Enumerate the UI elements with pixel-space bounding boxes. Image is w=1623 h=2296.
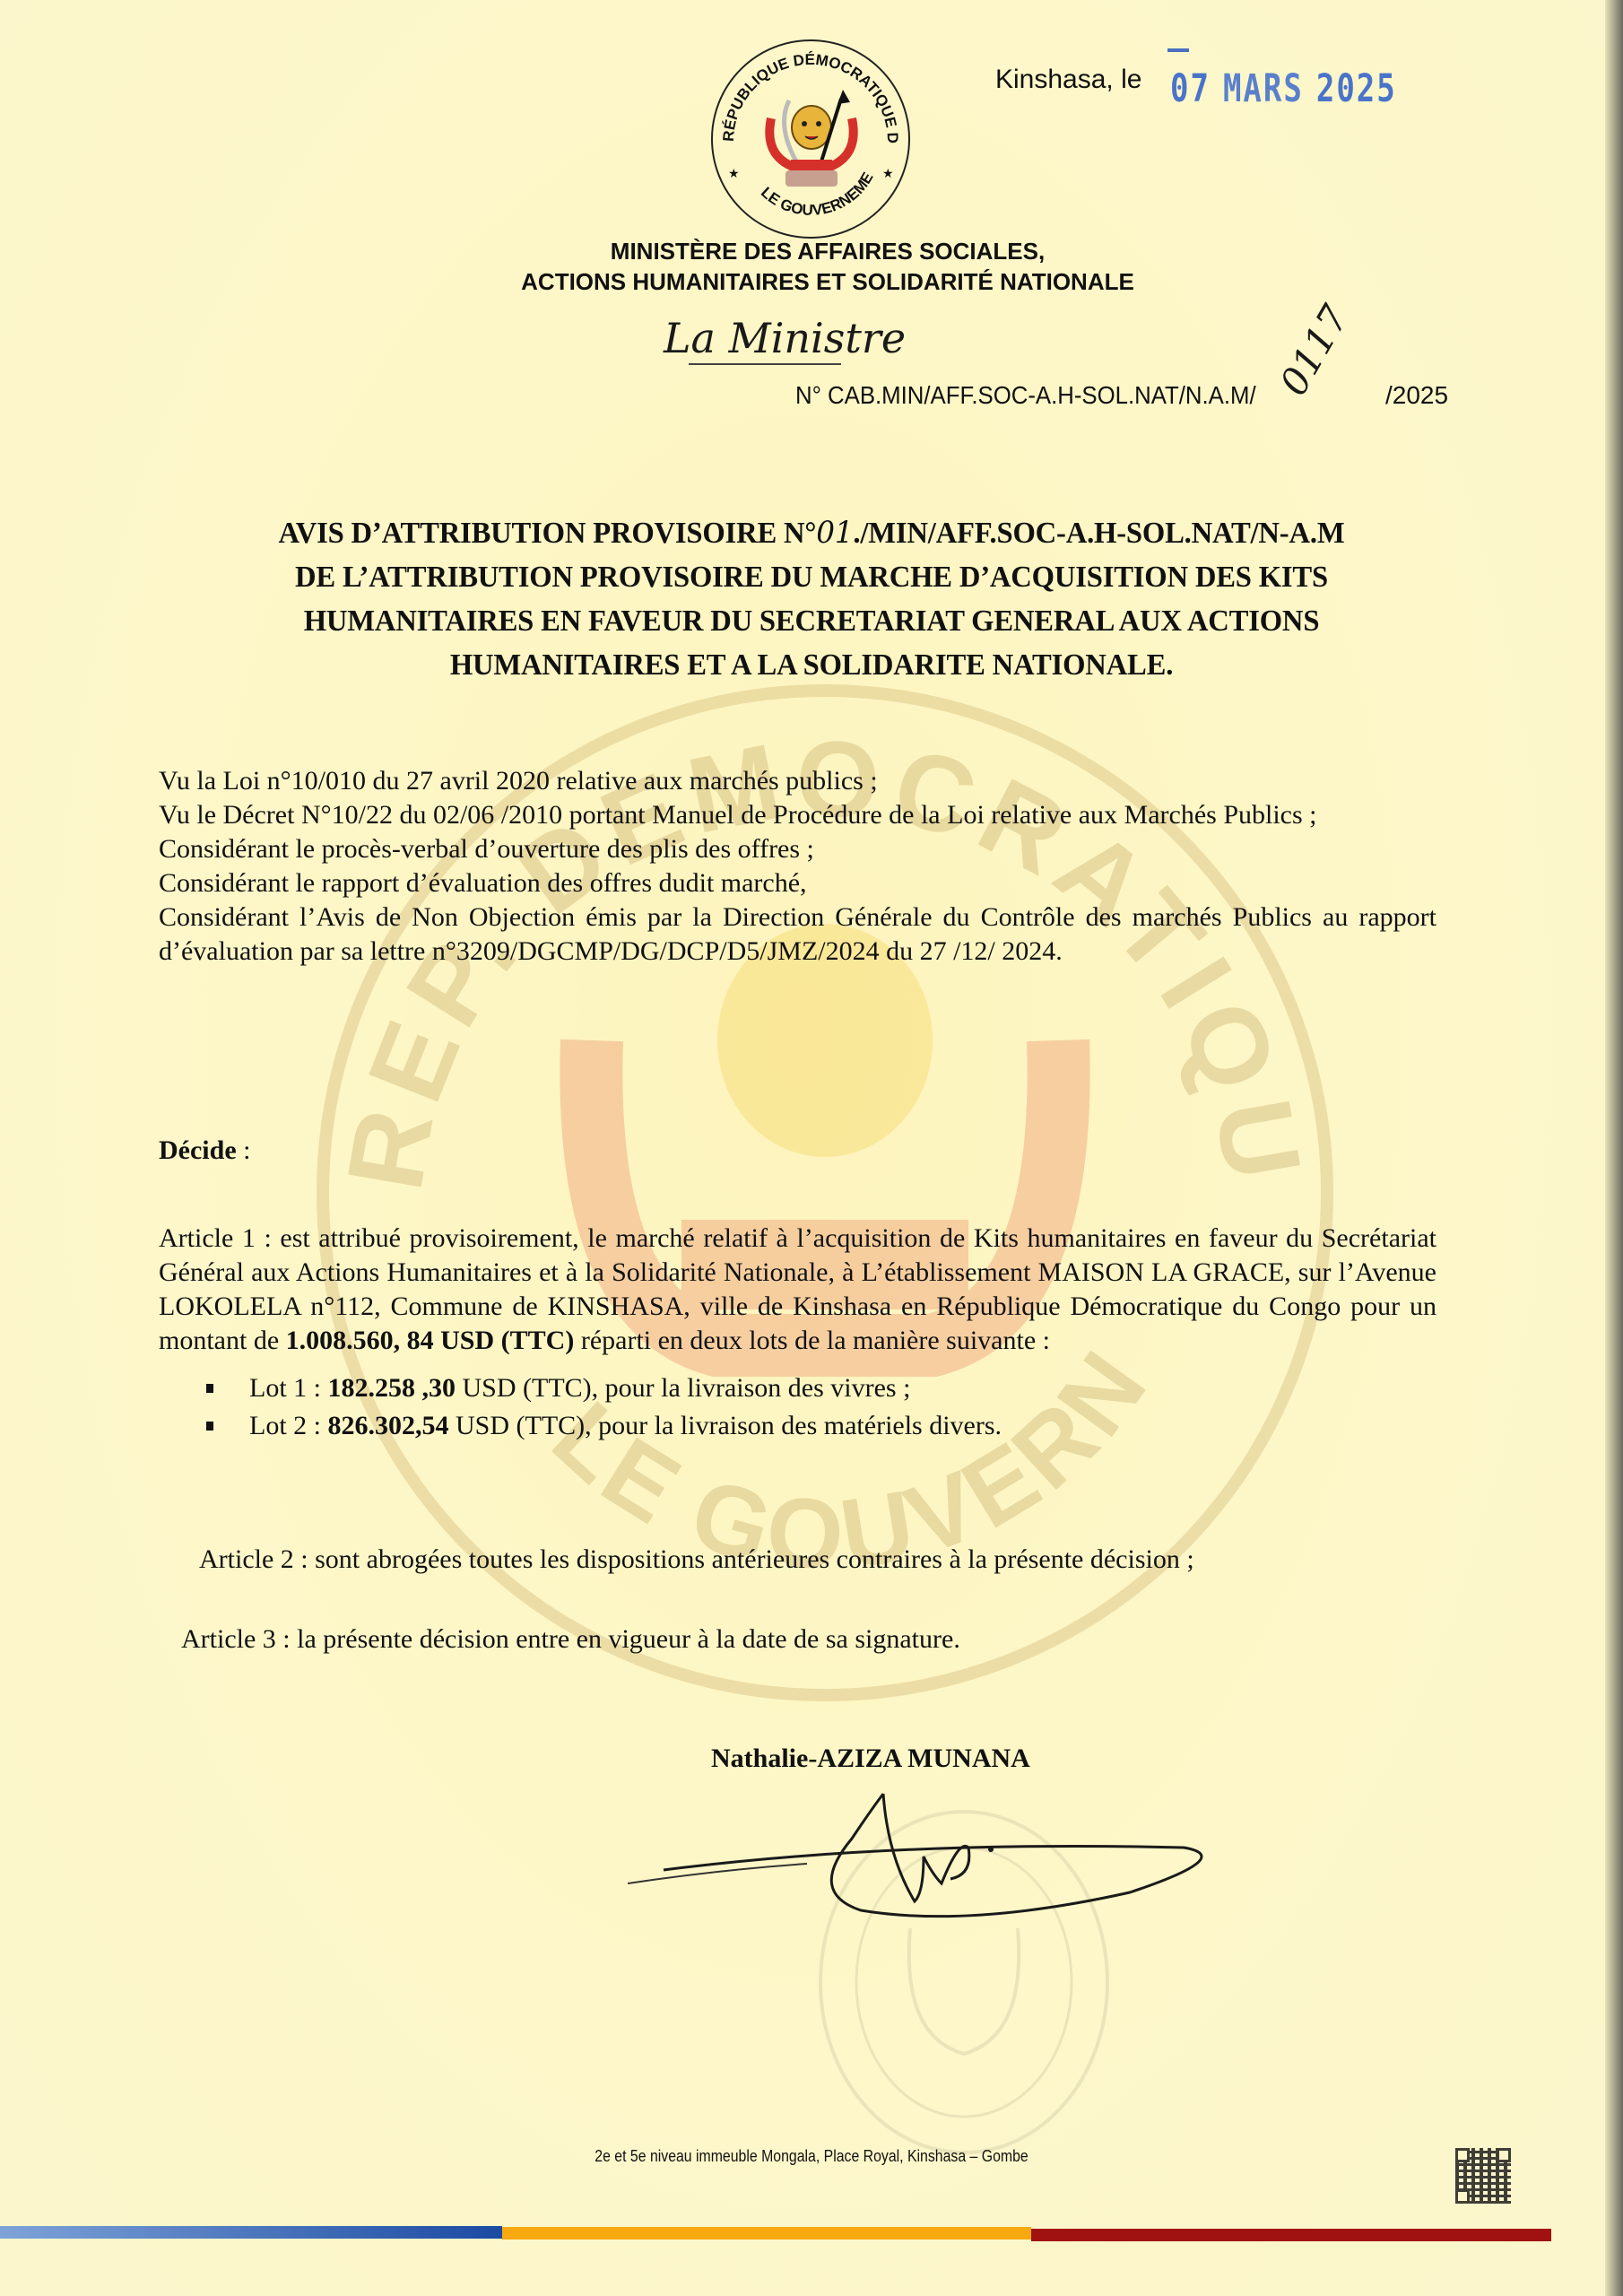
reference-number: N° CAB.MIN/AFF.SOC-A.H-SOL.NAT/N.A.M/ [795, 381, 1256, 410]
flag-band-yellow [502, 2227, 1031, 2239]
ministry-name-line1: MINISTÈRE DES AFFAIRES SOCIALES, [16, 235, 1623, 267]
stamp-year: 2025 [1316, 66, 1397, 111]
stamp-day: 07 [1170, 66, 1211, 111]
considerant-3: Considérant le procès-verbal d’ouverture… [159, 832, 1436, 866]
considerant-2: Vu le Décret N°10/22 du 02/06 /2010 port… [159, 798, 1436, 832]
title-line-2: DE L’ATTRIBUTION PROVISOIRE DU MARCHE D’… [187, 555, 1436, 599]
considerant-5: Considérant l’Avis de Non Objection émis… [159, 900, 1436, 969]
article-2: Article 2 : sont abrogées toutes les dis… [199, 1544, 1194, 1575]
svg-text:★: ★ [728, 168, 740, 181]
coat-of-arms-seal-icon: RÉPUBLIQUE DÉMOCRATIQUE DU CONGO LE GOUV… [707, 36, 915, 242]
article-3: Article 3 : la présente décision entre e… [181, 1624, 960, 1655]
lot-item: Lot 2 : 826.302,54 USD (TTC), pour la li… [206, 1407, 1002, 1445]
date-stamp: 07MARS2025 [1170, 66, 1410, 111]
stamp-mark [1167, 48, 1189, 52]
svg-text:★: ★ [882, 168, 894, 181]
flag-band-blue [0, 2226, 502, 2239]
lots-list: Lot 1 : 182.258 ,30 USD (TTC), pour la l… [206, 1370, 1002, 1445]
reference-year: /2025 [1385, 381, 1448, 410]
page-edge-shadow [1605, 0, 1623, 2296]
qr-code [1455, 2148, 1511, 2204]
lot-amount: 826.302,54 [328, 1411, 449, 1440]
notice-title: AVIS D’ATTRIBUTION PROVISOIRE N°01./MIN/… [187, 511, 1436, 687]
signatory-name: Nathalie-AZIZA MUNANA [711, 1744, 1030, 1774]
considerant-1: Vu la Loi n°10/010 du 27 avril 2020 rela… [159, 764, 1436, 798]
lot-item: Lot 1 : 182.258 ,30 USD (TTC), pour la l… [206, 1370, 1002, 1407]
place-date-label: Kinshasa, le [995, 65, 1141, 95]
title-line-1: AVIS D’ATTRIBUTION PROVISOIRE N°01./MIN/… [187, 511, 1436, 555]
stamp-month: MARS [1223, 66, 1304, 111]
document-page: REP. DEMOCRATIQUE DU CONGO LE GOUVERNEME… [0, 0, 1605, 2296]
title-line-3: HUMANITAIRES EN FAVEUR DU SECRETARIAT GE… [187, 599, 1436, 643]
footer-address: 2e et 5e niveau immeuble Mongala, Place … [98, 2147, 1526, 2166]
title-underline [689, 363, 841, 365]
handwritten-signature [628, 1785, 1219, 1937]
considerant-4: Considérant le rapport d’évaluation des … [159, 866, 1436, 900]
decide-heading: Décide : [159, 1135, 250, 1166]
la-ministre-title: La Ministre [664, 314, 906, 362]
considerants-section: Vu la Loi n°10/010 du 27 avril 2020 rela… [159, 764, 1436, 969]
title-line-4: HUMANITAIRES ET A LA SOLIDARITE NATIONAL… [187, 643, 1436, 687]
lot-amount: 182.258 ,30 [328, 1373, 456, 1403]
total-amount: 1.008.560, 84 USD (TTC) [286, 1326, 575, 1355]
ministry-name-line2: ACTIONS HUMANITAIRES ET SOLIDARITÉ NATIO… [16, 265, 1623, 298]
reference-handwritten-number: 0117 [1271, 298, 1358, 403]
flag-band-red [1031, 2229, 1551, 2241]
article-1: Article 1 : est attribué provisoirement,… [159, 1222, 1436, 1358]
title-handwritten-number: 01 [816, 515, 853, 551]
